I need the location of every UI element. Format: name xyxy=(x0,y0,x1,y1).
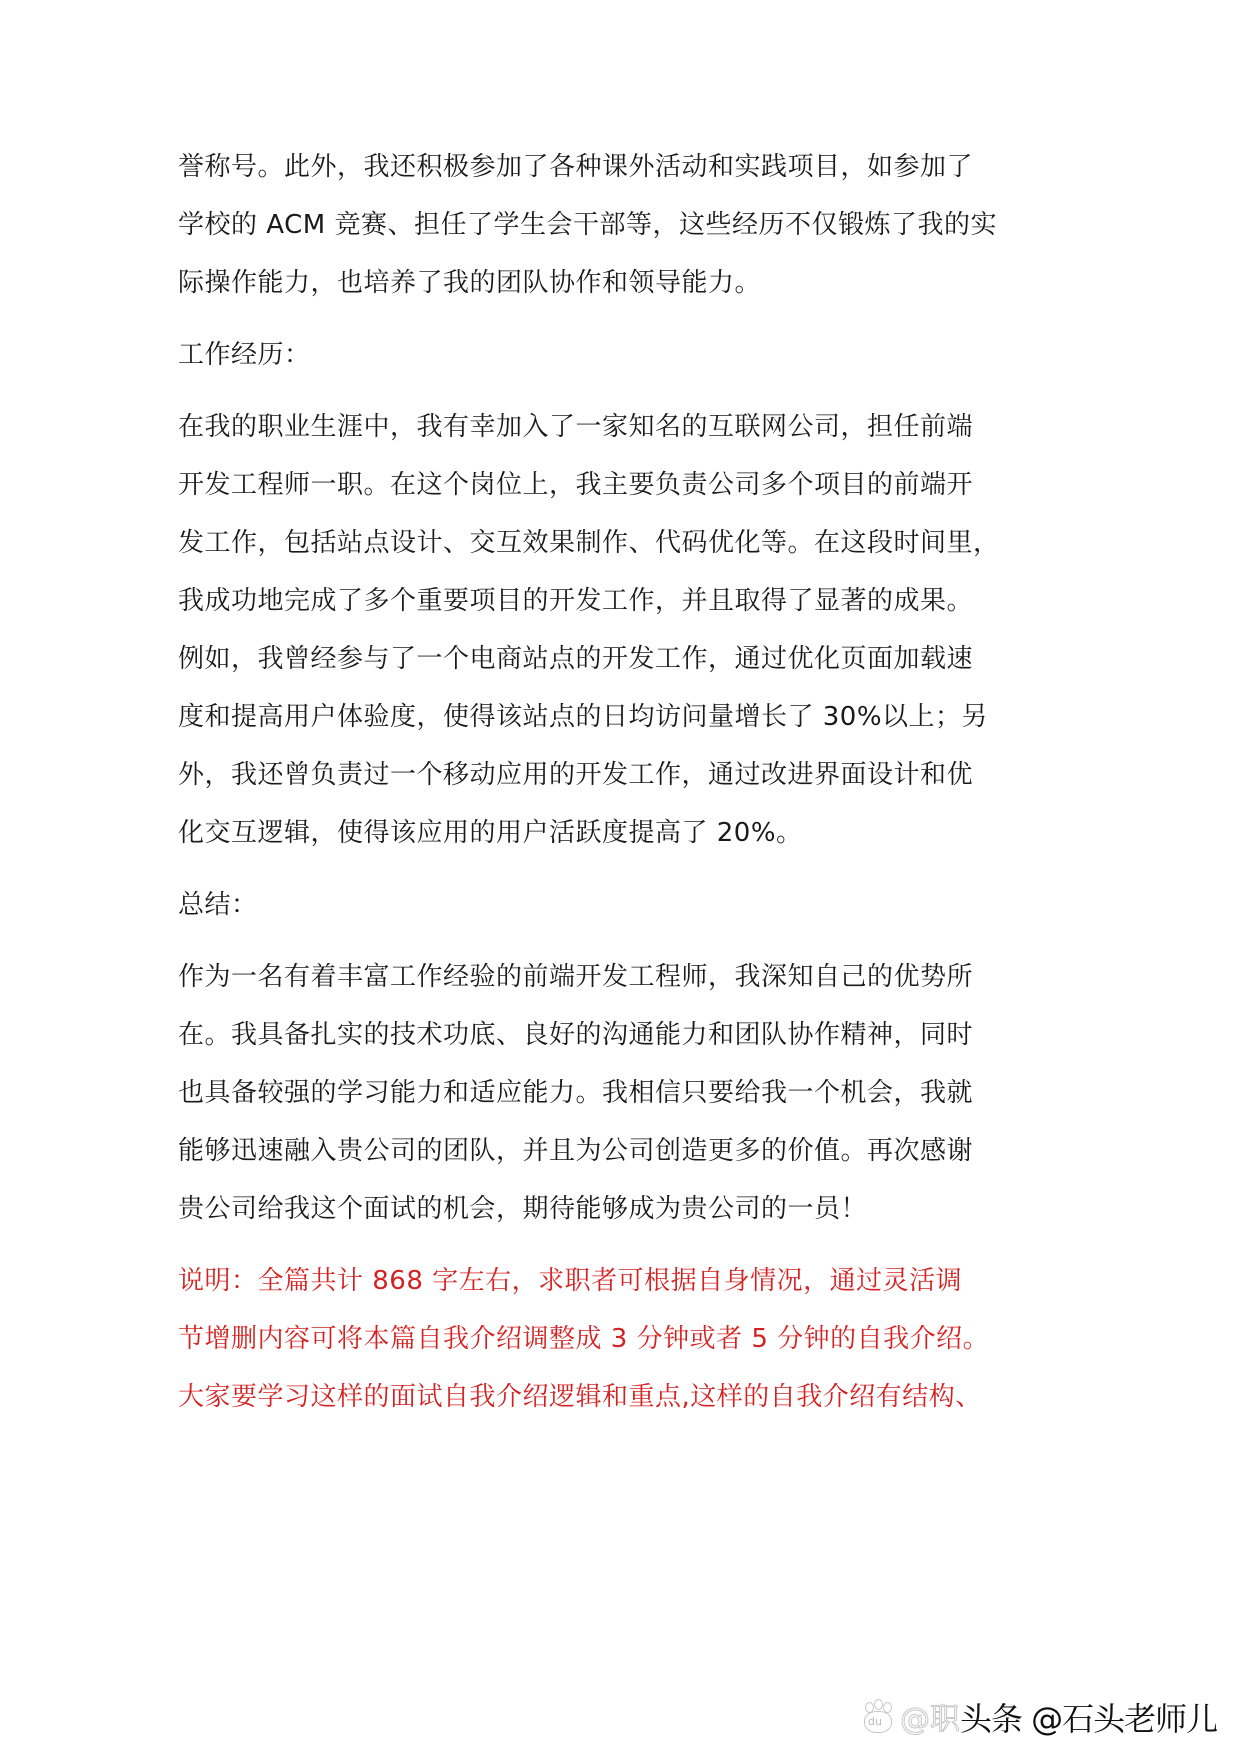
section-heading: 工作经历： xyxy=(178,326,1078,384)
text-line: 化交互逻辑，使得该应用的用户活跃度提高了 20%。 xyxy=(178,804,1078,862)
paragraph-education-end: 誉称号。此外，我还积极参加了各种课外活动和实践项目，如参加了 学校的 ACM 竞… xyxy=(178,138,1078,312)
baidu-watermark-text: @职 xyxy=(900,1694,960,1738)
note-line: 说明：全篇共计 868 字左右，求职者可根据自身情况，通过灵活调 xyxy=(178,1252,1078,1310)
text-line: 作为一名有着丰富工作经验的前端开发工程师，我深知自己的优势所 xyxy=(178,948,1078,1006)
paragraph-summary: 作为一名有着丰富工作经验的前端开发工程师，我深知自己的优势所 在。我具备扎实的技… xyxy=(178,948,1078,1238)
text-line: 在我的职业生涯中，我有幸加入了一家知名的互联网公司，担任前端 xyxy=(178,398,1078,456)
text-line: 贵公司给我这个面试的机会，期待能够成为贵公司的一员！ xyxy=(178,1180,1078,1238)
text-line: 学校的 ACM 竞赛、担任了学生会干部等，这些经历不仅锻炼了我的实 xyxy=(178,196,1078,254)
text-line: 例如，我曾经参与了一个电商站点的开发工作，通过优化页面加载速 xyxy=(178,630,1078,688)
text-line: 在。我具备扎实的技术功底、良好的沟通能力和团队协作精神，同时 xyxy=(178,1006,1078,1064)
text-line: 开发工程师一职。在这个岗位上，我主要负责公司多个项目的前端开 xyxy=(178,456,1078,514)
note-line: 大家要学习这样的面试自我介绍逻辑和重点,这样的自我介绍有结构、 xyxy=(178,1368,1078,1426)
note-line: 节增删内容可将本篇自我介绍调整成 3 分钟或者 5 分钟的自我介绍。 xyxy=(178,1310,1078,1368)
heading-work-experience: 工作经历： xyxy=(178,326,1078,384)
text-line: 发工作，包括站点设计、交互效果制作、代码优化等。在这段时间里， xyxy=(178,514,1078,572)
baidu-paw-icon: du xyxy=(862,1699,896,1733)
text-line: 誉称号。此外，我还积极参加了各种课外活动和实践项目，如参加了 xyxy=(178,138,1078,196)
baidu-watermark: du @职 xyxy=(862,1694,960,1738)
text-line: 际操作能力，也培养了我的团队协作和领导能力。 xyxy=(178,254,1078,312)
toutiao-watermark: 头条 @石头老师儿 xyxy=(960,1694,1217,1740)
text-line: 我成功地完成了多个重要项目的开发工作，并且取得了显著的成果。 xyxy=(178,572,1078,630)
document-page: 誉称号。此外，我还积极参加了各种课外活动和实践项目，如参加了 学校的 ACM 竞… xyxy=(178,138,1078,1426)
text-line: 度和提高用户体验度，使得该站点的日均访问量增长了 30%以上；另 xyxy=(178,688,1078,746)
paragraph-work-experience: 在我的职业生涯中，我有幸加入了一家知名的互联网公司，担任前端 开发工程师一职。在… xyxy=(178,398,1078,862)
heading-summary: 总结： xyxy=(178,876,1078,934)
text-line: 能够迅速融入贵公司的团队，并且为公司创造更多的价值。再次感谢 xyxy=(178,1122,1078,1180)
baidu-du-label: du xyxy=(868,1715,882,1728)
note-paragraph: 说明：全篇共计 868 字左右，求职者可根据自身情况，通过灵活调 节增删内容可将… xyxy=(178,1252,1078,1426)
section-heading: 总结： xyxy=(178,876,1078,934)
text-line: 外，我还曾负责过一个移动应用的开发工作，通过改进界面设计和优 xyxy=(178,746,1078,804)
text-line: 也具备较强的学习能力和适应能力。我相信只要给我一个机会，我就 xyxy=(178,1064,1078,1122)
